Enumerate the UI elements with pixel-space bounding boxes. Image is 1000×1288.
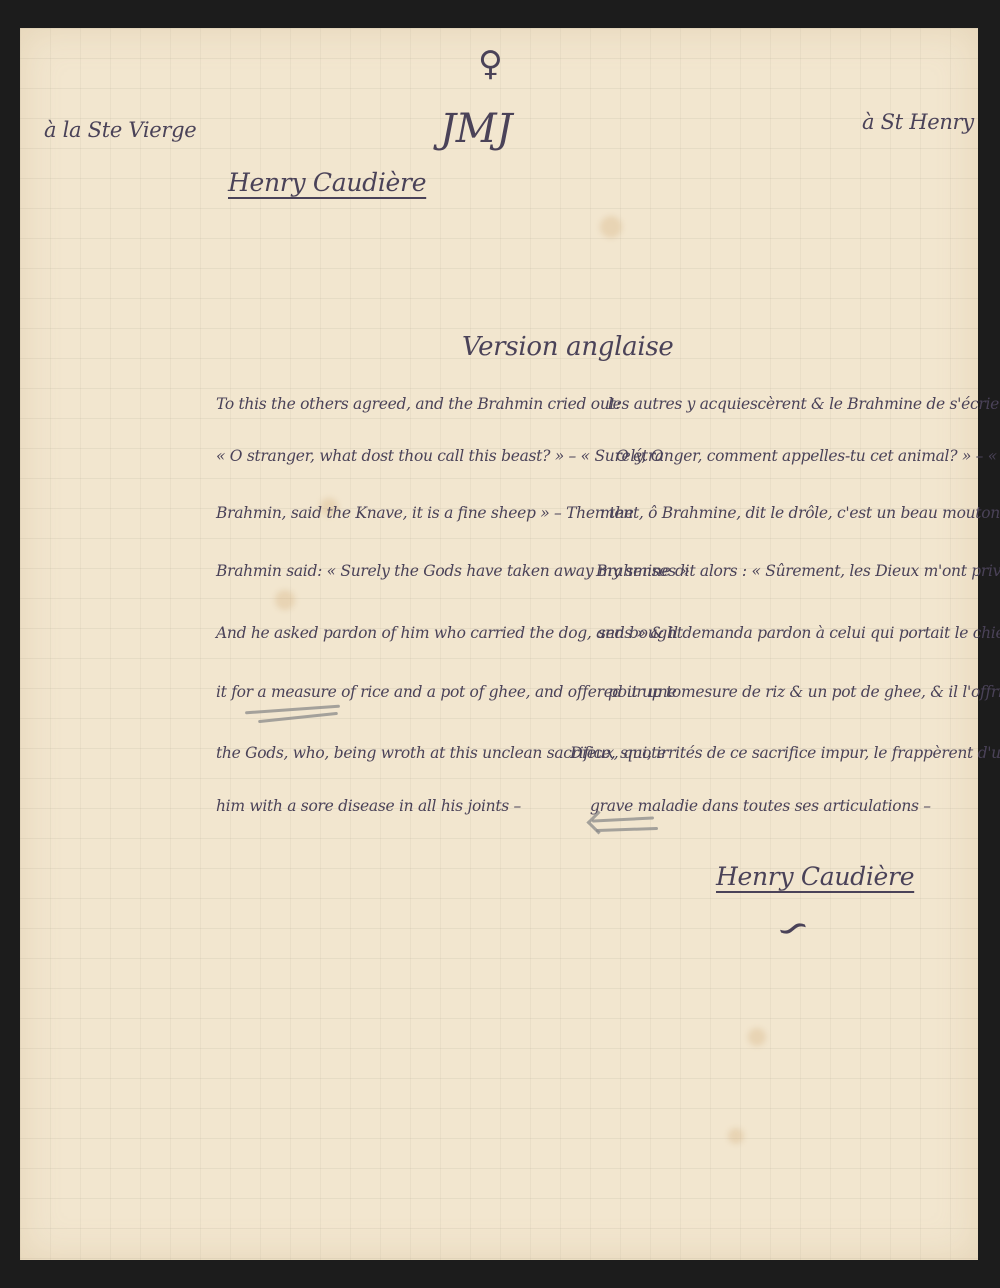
author-name: Henry Caudière	[228, 168, 426, 197]
monogram: JMJ	[440, 106, 512, 152]
french-line-1: les autres y acquiescèrent & le Brahmine…	[608, 395, 1000, 413]
english-line-2: « O stranger, what dost thou call this b…	[216, 447, 663, 465]
french-line-5: sens » & il demanda pardon à celui qui p…	[598, 624, 1000, 642]
french-line-3: ment, ô Brahmine, dit le drôle, c'est un…	[600, 504, 1000, 522]
dedication-left: à la Ste Vierge	[44, 118, 196, 142]
paper-stain	[728, 1128, 744, 1144]
paper-stain	[600, 216, 622, 238]
french-line-8: grave maladie dans toutes ses articulati…	[590, 797, 931, 815]
english-line-1: To this the others agreed, and the Brahm…	[216, 395, 620, 413]
manuscript-page	[20, 28, 978, 1260]
french-line-6: pour une mesure de riz & un pot de ghee,…	[608, 683, 1000, 701]
english-line-8: him with a sore disease in all his joint…	[216, 797, 521, 815]
signature: Henry Caudière	[716, 862, 914, 891]
document-title: Version anglaise	[462, 332, 673, 362]
french-line-2: O étranger, comment appelles-tu cet anim…	[616, 447, 1000, 465]
french-line-7: Dieux, qui, irrités de ce sacrifice impu…	[570, 744, 1000, 762]
header-mark: ♀	[478, 44, 503, 84]
dedication-right: à St Henry	[862, 110, 974, 134]
english-line-3: Brahmin, said the Knave, it is a fine sh…	[216, 504, 634, 522]
french-line-4: Brahmine dit alors : « Sûrement, les Die…	[596, 562, 1000, 580]
paper-stain	[748, 1028, 766, 1046]
paper-stain	[275, 590, 295, 610]
